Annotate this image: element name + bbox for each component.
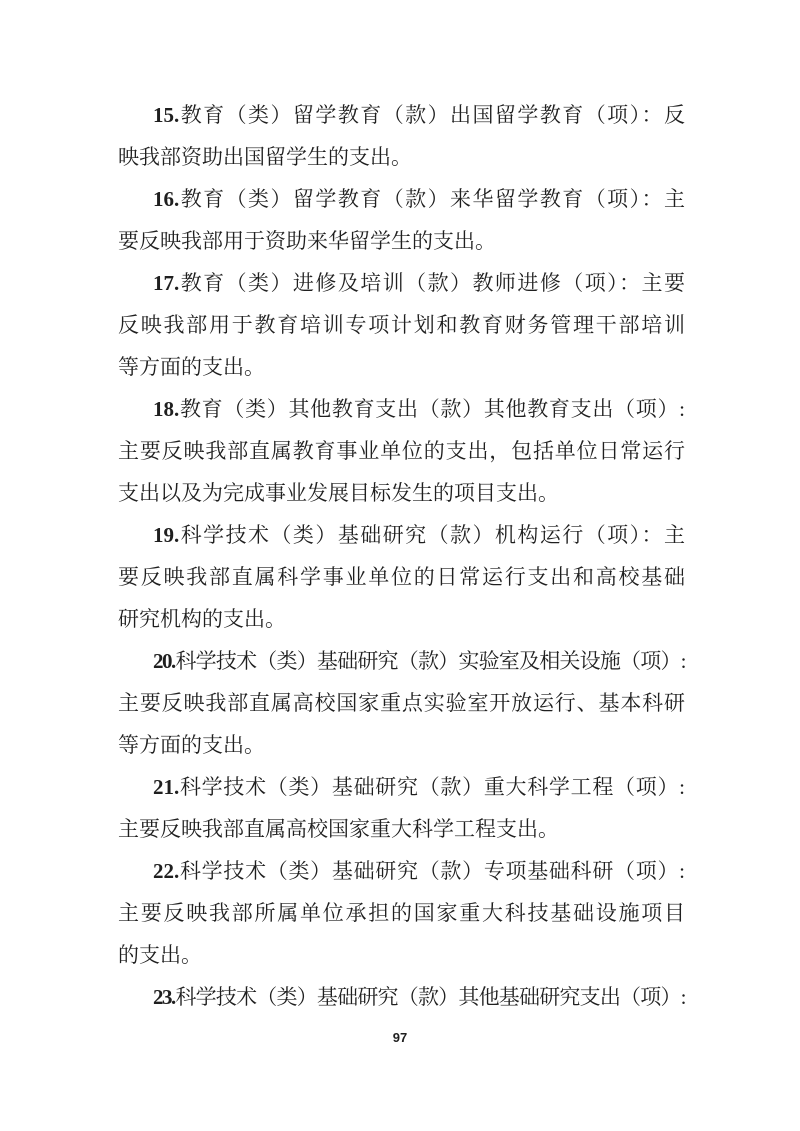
item-number: 16.	[153, 187, 179, 211]
line-text: 主要反映我部直属教育事业单位的支出，包括单位日常运行	[118, 439, 685, 463]
text-line: 19.科学技术（类）基础研究（款）机构运行（项）：主	[118, 514, 685, 556]
text-line: 21.科学技术（类）基础研究（款）重大科学工程（项）:	[118, 766, 685, 808]
line-text: 科学技术（类）基础研究（款）实验室及相关设施（项）:	[175, 649, 685, 673]
line-text: 科学技术（类）基础研究（款）机构运行（项）：主	[179, 523, 685, 547]
text-line: 等方面的支出。	[118, 724, 685, 766]
line-text: 科学技术（类）基础研究（款）重大科学工程（项）:	[179, 775, 685, 799]
text-line: 要反映我部用于资助来华留学生的支出。	[118, 220, 685, 262]
paragraph-item-18: 18.教育（类）其他教育支出（款）其他教育支出（项）: 主要反映我部直属教育事业…	[118, 388, 685, 514]
document-body: 15.教育（类）留学教育（款）出国留学教育（项）：反 映我部资助出国留学生的支出…	[118, 94, 685, 1018]
paragraph-item-20: 20.科学技术（类）基础研究（款）实验室及相关设施（项）: 主要反映我部直属高校…	[118, 640, 685, 766]
item-number: 19.	[153, 523, 179, 547]
line-text: 教育（类）进修及培训（款）教师进修（项）：主要	[179, 271, 685, 295]
text-line: 等方面的支出。	[118, 346, 685, 388]
line-text: 反映我部用于教育培训专项计划和教育财务管理干部培训	[118, 313, 685, 337]
text-line: 18.教育（类）其他教育支出（款）其他教育支出（项）:	[118, 388, 685, 430]
paragraph-item-16: 16.教育（类）留学教育（款）来华留学教育（项）：主 要反映我部用于资助来华留学…	[118, 178, 685, 262]
line-text: 支出以及为完成事业发展目标发生的项目支出。	[118, 481, 559, 505]
item-number: 17.	[153, 271, 179, 295]
line-text: 教育（类）其他教育支出（款）其他教育支出（项）:	[179, 397, 685, 421]
line-text: 要反映我部直属科学事业单位的日常运行支出和高校基础	[118, 565, 685, 589]
paragraph-item-19: 19.科学技术（类）基础研究（款）机构运行（项）：主 要反映我部直属科学事业单位…	[118, 514, 685, 640]
text-line: 20.科学技术（类）基础研究（款）实验室及相关设施（项）:	[118, 640, 685, 682]
page-number: 97	[0, 1030, 800, 1045]
text-line: 研究机构的支出。	[118, 598, 685, 640]
text-line: 23.科学技术（类）基础研究（款）其他基础研究支出（项）:	[118, 976, 685, 1018]
line-text: 主要反映我部直属高校国家重大科学工程支出。	[118, 817, 559, 841]
line-text: 教育（类）留学教育（款）来华留学教育（项）：主	[179, 187, 685, 211]
text-line: 反映我部用于教育培训专项计划和教育财务管理干部培训	[118, 304, 685, 346]
line-text: 要反映我部用于资助来华留学生的支出。	[118, 229, 496, 253]
line-text: 映我部资助出国留学生的支出。	[118, 145, 412, 169]
text-line: 主要反映我部直属高校国家重点实验室开放运行、基本科研	[118, 682, 685, 724]
line-text: 等方面的支出。	[118, 733, 265, 757]
document-page: 15.教育（类）留学教育（款）出国留学教育（项）：反 映我部资助出国留学生的支出…	[0, 0, 800, 1131]
paragraph-item-17: 17.教育（类）进修及培训（款）教师进修（项）：主要 反映我部用于教育培训专项计…	[118, 262, 685, 388]
item-number: 22.	[153, 859, 179, 883]
text-line: 22.科学技术（类）基础研究（款）专项基础科研（项）:	[118, 850, 685, 892]
line-text: 等方面的支出。	[118, 355, 265, 379]
text-line: 要反映我部直属科学事业单位的日常运行支出和高校基础	[118, 556, 685, 598]
item-number: 20.	[153, 649, 175, 673]
item-number: 21.	[153, 775, 179, 799]
text-line: 的支出。	[118, 934, 685, 976]
text-line: 16.教育（类）留学教育（款）来华留学教育（项）：主	[118, 178, 685, 220]
text-line: 主要反映我部直属高校国家重大科学工程支出。	[118, 808, 685, 850]
line-text: 的支出。	[118, 943, 202, 967]
line-text: 主要反映我部所属单位承担的国家重大科技基础设施项目	[118, 901, 685, 925]
line-text: 研究机构的支出。	[118, 607, 286, 631]
item-number: 15.	[153, 103, 179, 127]
item-number: 23.	[153, 985, 175, 1009]
text-line: 主要反映我部直属教育事业单位的支出，包括单位日常运行	[118, 430, 685, 472]
paragraph-item-23: 23.科学技术（类）基础研究（款）其他基础研究支出（项）:	[118, 976, 685, 1018]
line-text: 教育（类）留学教育（款）出国留学教育（项）：反	[179, 103, 685, 127]
paragraph-item-15: 15.教育（类）留学教育（款）出国留学教育（项）：反 映我部资助出国留学生的支出…	[118, 94, 685, 178]
text-line: 映我部资助出国留学生的支出。	[118, 136, 685, 178]
text-line: 17.教育（类）进修及培训（款）教师进修（项）：主要	[118, 262, 685, 304]
item-number: 18.	[153, 397, 179, 421]
paragraph-item-21: 21.科学技术（类）基础研究（款）重大科学工程（项）: 主要反映我部直属高校国家…	[118, 766, 685, 850]
text-line: 15.教育（类）留学教育（款）出国留学教育（项）：反	[118, 94, 685, 136]
line-text: 科学技术（类）基础研究（款）专项基础科研（项）:	[179, 859, 685, 883]
paragraph-item-22: 22.科学技术（类）基础研究（款）专项基础科研（项）: 主要反映我部所属单位承担…	[118, 850, 685, 976]
line-text: 主要反映我部直属高校国家重点实验室开放运行、基本科研	[118, 691, 685, 715]
text-line: 主要反映我部所属单位承担的国家重大科技基础设施项目	[118, 892, 685, 934]
text-line: 支出以及为完成事业发展目标发生的项目支出。	[118, 472, 685, 514]
line-text: 科学技术（类）基础研究（款）其他基础研究支出（项）:	[175, 985, 685, 1009]
